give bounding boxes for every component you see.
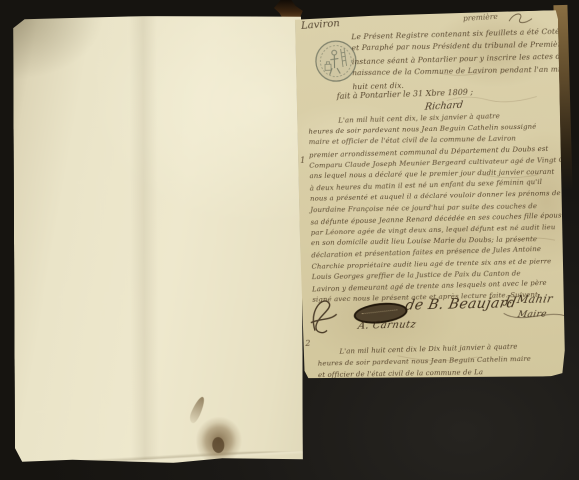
blank-verso-page [13,15,303,463]
margin-entry-number: 2 [305,339,310,348]
ink-stain-core [212,437,225,454]
judge-signature: Richard [424,100,463,113]
witness-signature: A. Carnutz [357,319,417,331]
second-act-paragraph: L'an mil huit cent dix le Dix huit janvi… [317,342,531,382]
margin-entry-number: 1 [300,156,305,165]
folio-label: première [463,12,498,23]
corner-note: Laviron [301,18,340,32]
signature-paraph-flourish-icon [306,292,339,337]
horizontal-crease [15,451,303,464]
birth-act-paragraph: L'an mil huit cent dix, le six janvier à… [308,110,579,306]
signature-underline-flourish-icon [502,306,572,326]
register-opening-statement: Le Présent Registre contenant six feuill… [351,26,567,93]
mayor-signature: J. Mahir [504,292,554,306]
scanned-register-photograph: Laviron première Le Présent Registre con… [0,0,579,480]
vertical-crease [129,16,159,463]
manuscript-recto-page: Laviron première Le Présent Registre con… [295,10,566,382]
ink-stain [190,406,253,471]
pen-flourish-icon [507,11,535,26]
